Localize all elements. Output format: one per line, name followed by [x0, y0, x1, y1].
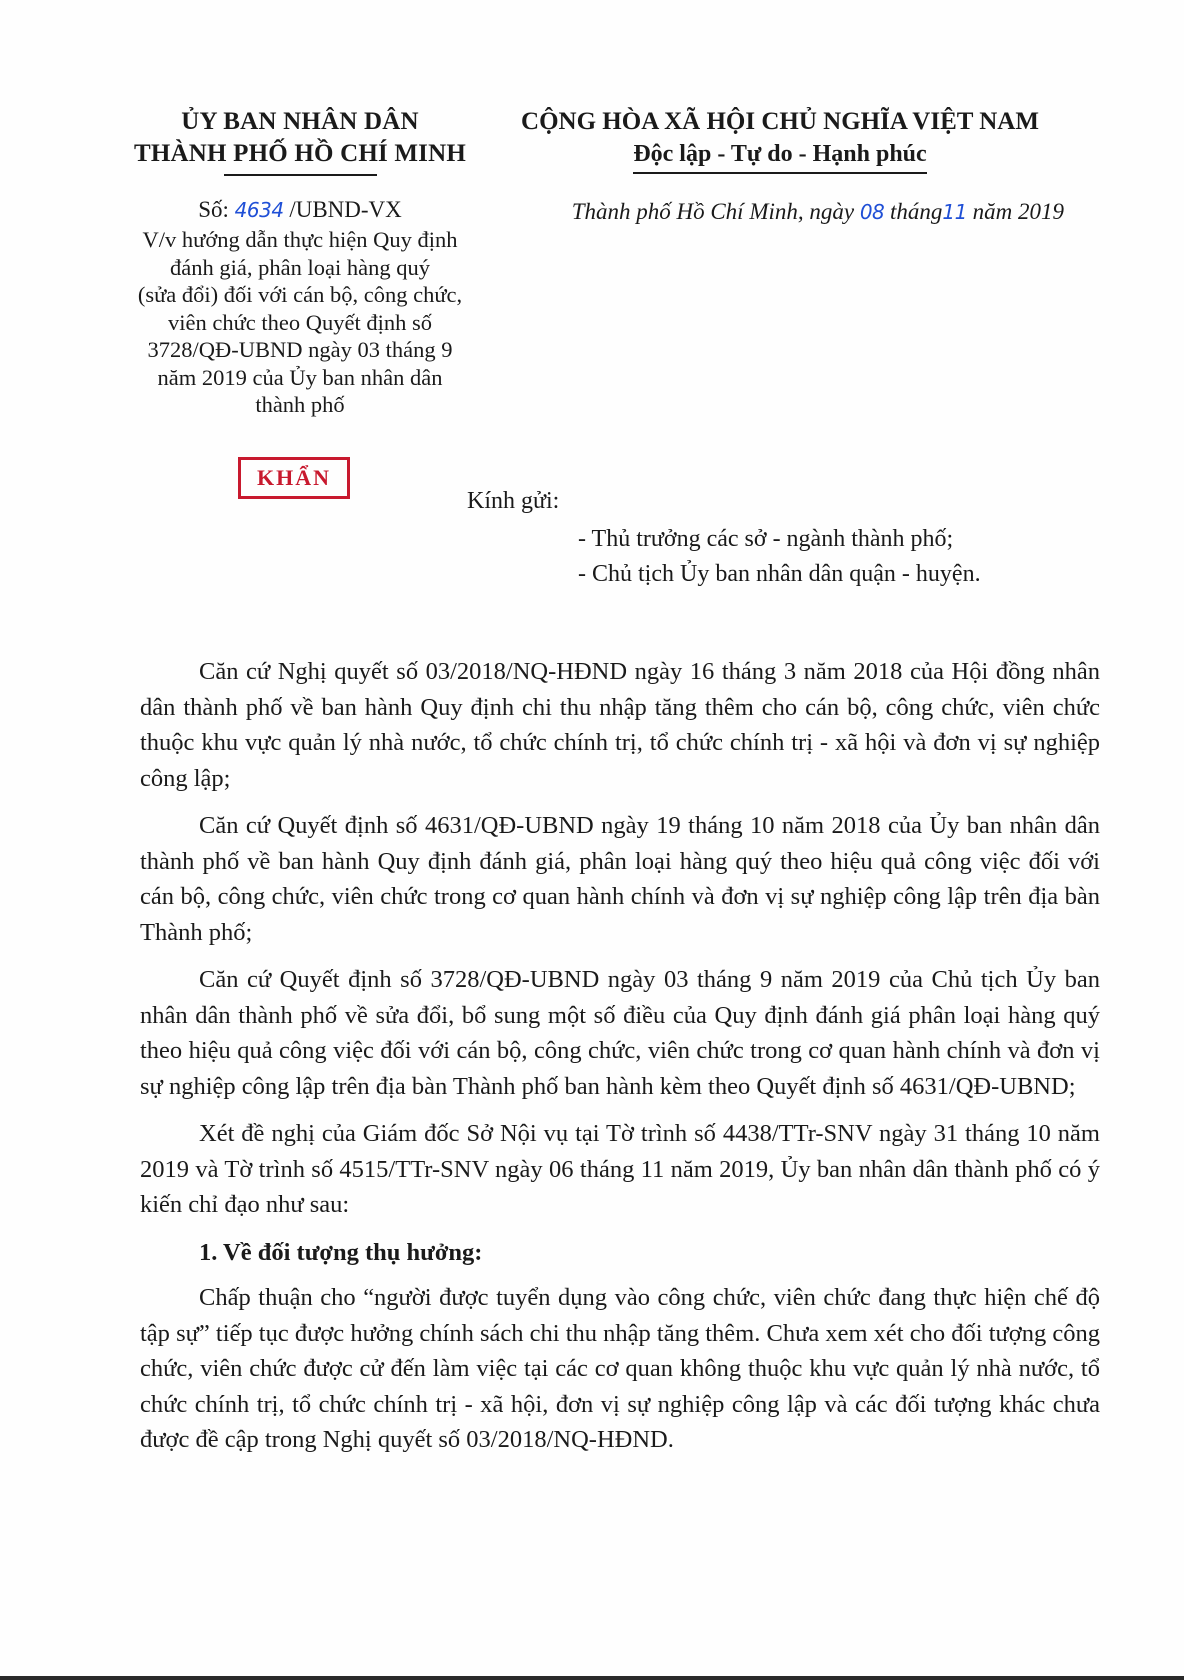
- page-bottom-edge: [0, 1676, 1184, 1680]
- subject-line: năm 2019 của Ủy ban nhân dân: [100, 364, 500, 392]
- document-page: ỦY BAN NHÂN DÂN THÀNH PHỐ HỒ CHÍ MINH CỘ…: [0, 0, 1184, 1680]
- issuing-authority: ỦY BAN NHÂN DÂN THÀNH PHỐ HỒ CHÍ MINH: [100, 106, 500, 176]
- nation-title: CỘNG HÒA XÃ HỘI CHỦ NGHĨA VIỆT NAM: [490, 106, 1070, 138]
- document-subject: V/v hướng dẫn thực hiện Quy định đánh gi…: [100, 226, 500, 419]
- national-header: CỘNG HÒA XÃ HỘI CHỦ NGHĨA VIỆT NAM Độc l…: [490, 106, 1070, 174]
- document-number: Số: 4634 /UBND-VX: [100, 196, 500, 224]
- section-paragraph: Chấp thuận cho “người được tuyển dụng và…: [140, 1280, 1100, 1458]
- subject-line: (sửa đổi) đối với cán bộ, công chức,: [100, 281, 500, 309]
- date-year: năm 2019: [973, 199, 1064, 224]
- subject-line: V/v hướng dẫn thực hiện Quy định: [100, 226, 500, 254]
- subject-line: viên chức theo Quyết định số: [100, 309, 500, 337]
- authority-line-1: ỦY BAN NHÂN DÂN: [100, 106, 500, 138]
- document-body: Căn cứ Nghị quyết số 03/2018/NQ-HĐND ngà…: [140, 654, 1100, 1470]
- subject-line: 3728/QĐ-UBND ngày 03 tháng 9: [100, 336, 500, 364]
- recipient-item: - Chủ tịch Ủy ban nhân dân quận - huyện.: [578, 559, 981, 589]
- issue-date: Thành phố Hồ Chí Minh, ngày 08 tháng11 n…: [480, 198, 1080, 226]
- body-paragraph: Căn cứ Quyết định số 4631/QĐ-UBND ngày 1…: [140, 808, 1100, 950]
- authority-underline: [224, 174, 377, 176]
- subject-line: thành phố: [100, 391, 500, 419]
- handwritten-number: 4634: [235, 198, 284, 222]
- document-number-prefix: Số:: [198, 197, 229, 222]
- recipient-item: - Thủ trưởng các sở - ngành thành phố;: [578, 524, 953, 554]
- subject-line: đánh giá, phân loại hàng quý: [100, 254, 500, 282]
- date-prefix: Thành phố Hồ Chí Minh, ngày: [572, 199, 854, 224]
- body-paragraph: Căn cứ Quyết định số 3728/QĐ-UBND ngày 0…: [140, 962, 1100, 1104]
- national-motto: Độc lập - Tự do - Hạnh phúc: [633, 138, 926, 174]
- urgent-stamp: KHẨN: [238, 457, 350, 499]
- section-heading: 1. Về đối tượng thụ hưởng:: [140, 1235, 1100, 1271]
- handwritten-day: 08: [860, 200, 884, 224]
- recipients-label: Kính gửi:: [467, 486, 559, 516]
- date-month-label: tháng: [890, 199, 942, 224]
- body-paragraph: Căn cứ Nghị quyết số 03/2018/NQ-HĐND ngà…: [140, 654, 1100, 796]
- body-paragraph: Xét đề nghị của Giám đốc Sở Nội vụ tại T…: [140, 1116, 1100, 1223]
- handwritten-month: 11: [942, 200, 966, 224]
- document-number-suffix: /UBND-VX: [289, 197, 401, 222]
- authority-line-2: THÀNH PHỐ HỒ CHÍ MINH: [100, 138, 500, 170]
